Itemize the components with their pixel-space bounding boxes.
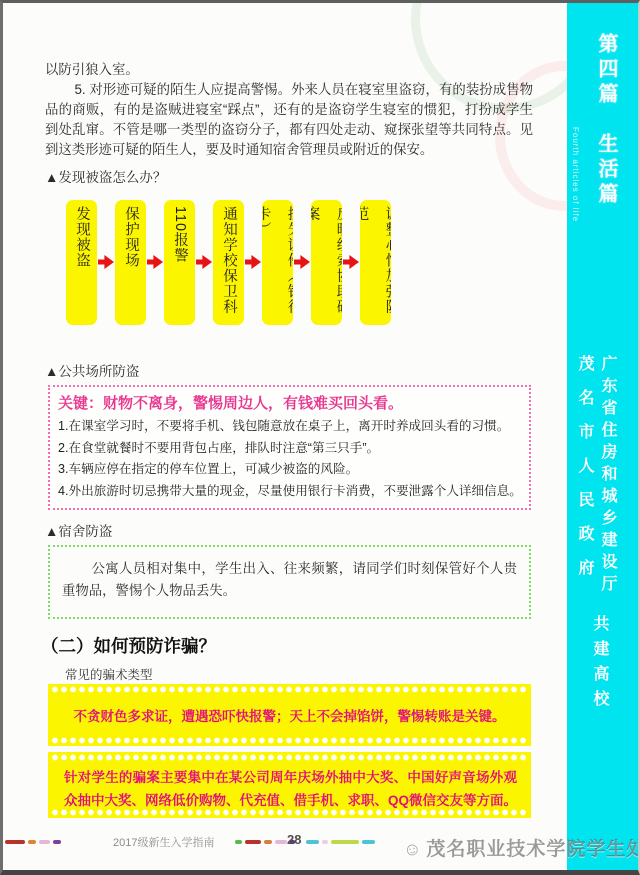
fraud-tip-highlight-1: 不贪财色多求证，遭遇恐吓快报警；天上不会掉馅饼，警惕转账是关键。 [48,684,531,746]
arrow-right-icon [245,255,261,269]
tip-item: 2.在食堂就餐时不要用背包占座，排队时注意“第三只手”。 [58,438,521,460]
chapter-title-english: Fourth articles of life [571,127,580,222]
flow-step: 110报警 [164,200,195,325]
page-number: 28 [287,832,301,847]
section-marker-public-place: ▲公共场所防盗 [45,360,139,380]
jointly-build-text: 共建高校 [588,615,611,715]
flow-step: 发现被盗 [66,200,97,325]
tip-item: 1.在课室学习时，不要将手机、钱包随意放在桌子上，离开时养成回头看的习惯。 [58,416,521,438]
tip-item: 3.车辆应停在指定的停车位置上，可减少被盗的风险。 [58,459,521,481]
publisher-watermark: ☺茂名职业技术学院学生处 [403,834,640,861]
builder-province: 广东省住房和城乡建设厅 [596,355,619,597]
fraud-tip-text-1: 不贪财色多求证，遭遇恐吓快报警；天上不会掉馅饼，警惕转账是关键。 [74,705,506,725]
fraud-subheading: 常见的骗术类型 [65,665,153,683]
theft-response-flowchart: 发现被盗 保护现场 110报警 通知学校保卫科 挂失证件（银行卡） 反映线索协助… [66,200,391,325]
dorm-antitheft-box: 公寓人员相对集中，学生出入、往来频繁，请同学们时刻保管好个人贵重物品，警惕个人物… [48,545,531,619]
fraud-tip-text-2: 针对学生的骗案主要集中在某公司周年庆场外抽中大奖、中国好声音场外观众抽中大奖、网… [64,766,517,812]
public-antitheft-tips-box: 关键：财物不离身，警惕周边人，有钱难买回头看。 1.在课室学习时，不要将手机、钱… [48,385,531,510]
builder-city: 茂名市人民政府 [573,355,596,597]
flow-step: 反映线索协助破案 [311,200,342,325]
arrow-right-icon [147,255,163,269]
publisher-watermark-text: 茂名职业技术学院学生处 [426,839,640,860]
footer-dash-group-right [306,840,378,858]
arrow-right-icon [98,255,114,269]
intro-continuation-line: 以防引狼入室。 [45,59,139,78]
flow-step: 保护现场 [115,200,146,325]
tips-key-line: 关键：财物不离身，警惕周边人，有钱难买回头看。 [58,392,521,416]
tip-item: 4.外出旅游时切忌携带大量的现金，尽量使用银行卡消费，不要泄露个人详细信息。 [58,481,521,503]
arrow-right-icon [294,255,310,269]
chapter-title: 第四篇 生活篇 [592,33,621,208]
co-builders-text: 广东省住房和城乡建设厅 茂名市人民政府 [572,355,619,597]
section-marker-dormitory: ▲宿舍防盗 [45,520,112,540]
arrow-right-icon [196,255,212,269]
footer-dash-group-left [5,840,64,858]
arrow-right-icon [343,255,359,269]
smiley-face-icon: ☺ [401,837,424,862]
fraud-section-heading: （二）如何预防诈骗？ [41,633,216,658]
flow-step: 调整心情加强防范 [360,200,391,325]
flow-step: 通知学校保卫科 [213,200,244,325]
section-marker-theft-found: ▲发现被盗怎么办？ [45,166,166,186]
handbook-page: 第四篇 生活篇 Fourth articles of life 广东省住房和城乡… [0,0,640,875]
fraud-tip-highlight-2: 针对学生的骗案主要集中在某公司周年庆场外抽中大奖、中国好声音场外观众抽中大奖、网… [48,752,531,818]
chapter-sidebar: 第四篇 生活篇 Fourth articles of life 广东省住房和城乡… [567,3,638,870]
intro-paragraph: 5. 对形迹可疑的陌生人应提高警惕。外来人员在寝室里盗窃，有的装扮成售物品的商贩… [45,80,533,160]
flow-step: 挂失证件（银行卡） [262,200,293,325]
footer-guide-title: 2017级新生入学指南 [113,834,214,850]
